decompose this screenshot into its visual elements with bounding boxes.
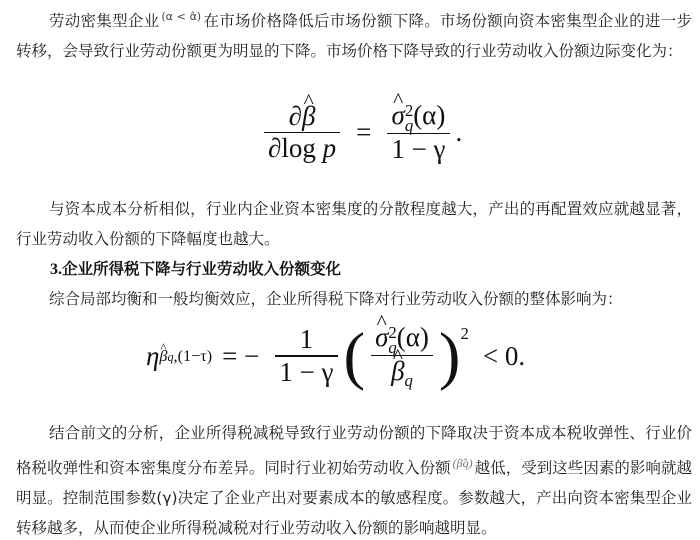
beta-hat-sub: β [159,347,167,366]
beta-hat: β [391,356,404,387]
heading-number: 3. [50,261,62,278]
sub-q: q [405,371,413,390]
paragraph-3: 综合局部均衡和一般均衡效应，企业所得税下降对行业劳动收入份额的整体影响为： [16,284,692,314]
text: 劳动密集型企业 [49,12,159,30]
section-heading: 3.企业所得税下降与行业劳动收入份额变化 [50,254,341,285]
paper-page: 劳动密集型企业(α < α̂)在市场价格降低后市场份额下降。市场份额向资本密集型… [0,0,700,540]
less-than-zero: < 0. [483,341,525,372]
outer-sup-2: 2 [461,324,469,344]
sigma-hat: σ [391,100,404,131]
right-paren: ) [439,324,461,389]
inline-math-alpha: (α < α̂) [161,10,201,23]
eq1-lhs-fraction: ∂β ∂log p [264,101,340,165]
partial-symbol: ∂ [289,101,302,131]
eq2-fraction: 1 1 − γ [275,324,337,388]
paragraph-2: 与资本成本分析相似，行业内企业资本密集度的分散程度越大，产出的再配置效应就越显著… [16,194,692,254]
inline-math-beta: (β̂q) [453,456,473,470]
one-minus-gamma: 1 − γ [275,357,337,388]
paragraph-4: 结合前文的分析，企业所得税减税导致行业劳动份额的下降取决于资本成本税收弹性、行业… [16,418,692,540]
numerator-one: 1 [296,324,318,355]
equation-2: η βq,(1−τ) = − 1 1 − γ ( σ2q(α) βq ) 2 <… [146,322,525,390]
eta-symbol: η [146,341,159,372]
equation-1: ∂β ∂log p = σ2q(α) 1 − γ . [258,100,462,165]
log-text: ∂log [268,133,323,163]
period: . [456,117,463,148]
sub-q: q [405,118,413,133]
eq2-inner-fraction: σ2q(α) βq [371,322,433,390]
one-minus-gamma: 1 − γ [387,134,449,165]
heading-text: 企业所得税下降与行业劳动收入份额变化 [62,260,341,278]
left-paren: ( [344,324,366,389]
paragraph-1: 劳动密集型企业(α < α̂)在市场价格降低后市场份额下降。市场份额向资本密集型… [16,2,692,66]
alpha-arg: (α) [413,100,445,130]
sigma-hat: σ [375,322,388,353]
equals-minus: = − [222,341,259,372]
sub-tau: ,(1−τ) [174,347,213,365]
equals-sign: = [356,117,371,148]
eq1-rhs-fraction: σ2q(α) 1 − γ [387,100,449,165]
beta-hat: β [302,101,315,132]
p-var: p [323,133,337,163]
